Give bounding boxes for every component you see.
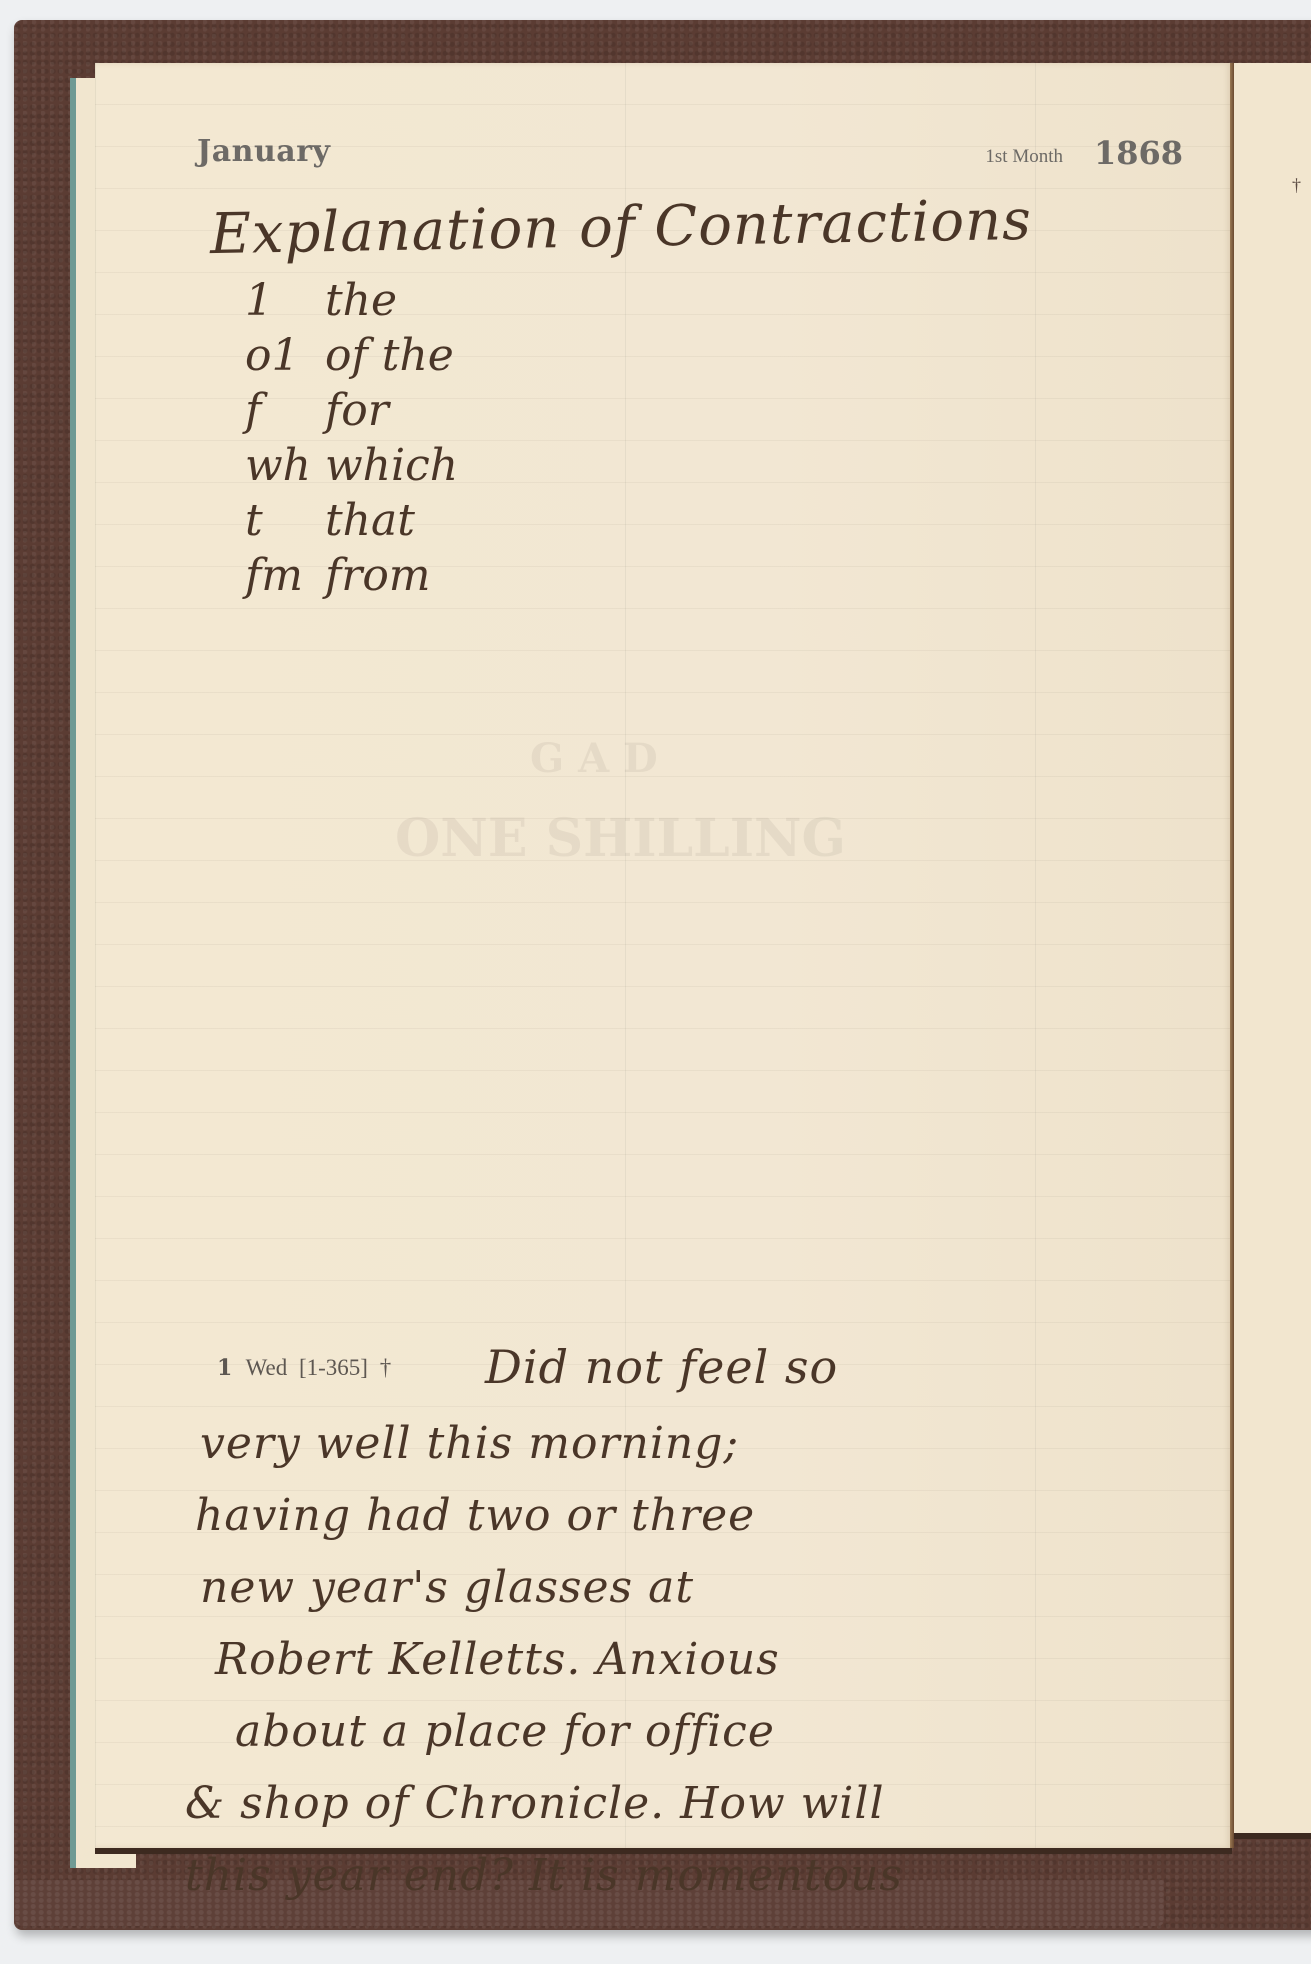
contraction-item: whwhich: [245, 440, 458, 495]
entry-line: this year end? It is momentous: [185, 1850, 903, 1922]
contraction-meaning: from: [325, 550, 431, 601]
contractions-list: 1the o1of the ffor whwhich tthat fmfrom: [245, 275, 458, 605]
entry-line: about a place for office: [235, 1706, 903, 1778]
contraction-abbreviation: 1: [245, 275, 325, 326]
contraction-item: tthat: [245, 495, 458, 550]
page-margin-line: [95, 63, 96, 1848]
contraction-abbreviation: f: [245, 385, 325, 436]
contraction-meaning: that: [325, 495, 415, 546]
entry-line: new year's glasses at: [200, 1562, 903, 1634]
diary-entry-text: very well this morning; having had two o…: [185, 1418, 903, 1922]
contraction-item: o1of the: [245, 330, 458, 385]
year: 1868: [1094, 134, 1183, 172]
day-name: Wed: [246, 1355, 288, 1380]
day-number: 1: [217, 1355, 232, 1381]
month-title: January: [197, 134, 330, 169]
entry-line: having had two or three: [195, 1490, 903, 1562]
contraction-abbreviation: wh: [245, 440, 325, 491]
month-number: 1st Month: [985, 146, 1063, 168]
day-of-year: [1-365]: [299, 1355, 368, 1380]
contraction-item: fmfrom: [245, 550, 458, 605]
contraction-abbreviation: fm: [245, 550, 325, 601]
entry-first-line: Did not feel so: [485, 1340, 838, 1394]
entry-line: & shop of Chronicle. How will: [185, 1778, 903, 1850]
entry-line: very well this morning;: [200, 1418, 903, 1490]
contraction-meaning: the: [325, 275, 397, 326]
page-column-line: [1035, 63, 1036, 1848]
contraction-abbreviation: t: [245, 495, 325, 546]
contraction-item: 1the: [245, 275, 458, 330]
dagger-mark: †: [380, 1355, 392, 1380]
right-diary-page: †: [1234, 63, 1311, 1839]
entry-line: Robert Kelletts. Anxious: [215, 1634, 903, 1706]
show-through-print: G A D: [530, 735, 658, 782]
contraction-meaning: of the: [325, 330, 454, 381]
dagger-mark: †: [1292, 175, 1301, 196]
page-header: January 1st Month 1868: [197, 134, 1183, 174]
contraction-item: ffor: [245, 385, 458, 440]
contraction-meaning: which: [325, 440, 458, 491]
contraction-meaning: for: [325, 385, 389, 436]
day-entry-label: 1 Wed [1-365] †: [217, 1355, 391, 1381]
contraction-abbreviation: o1: [245, 330, 325, 381]
show-through-print: ONE SHILLING: [395, 808, 846, 869]
